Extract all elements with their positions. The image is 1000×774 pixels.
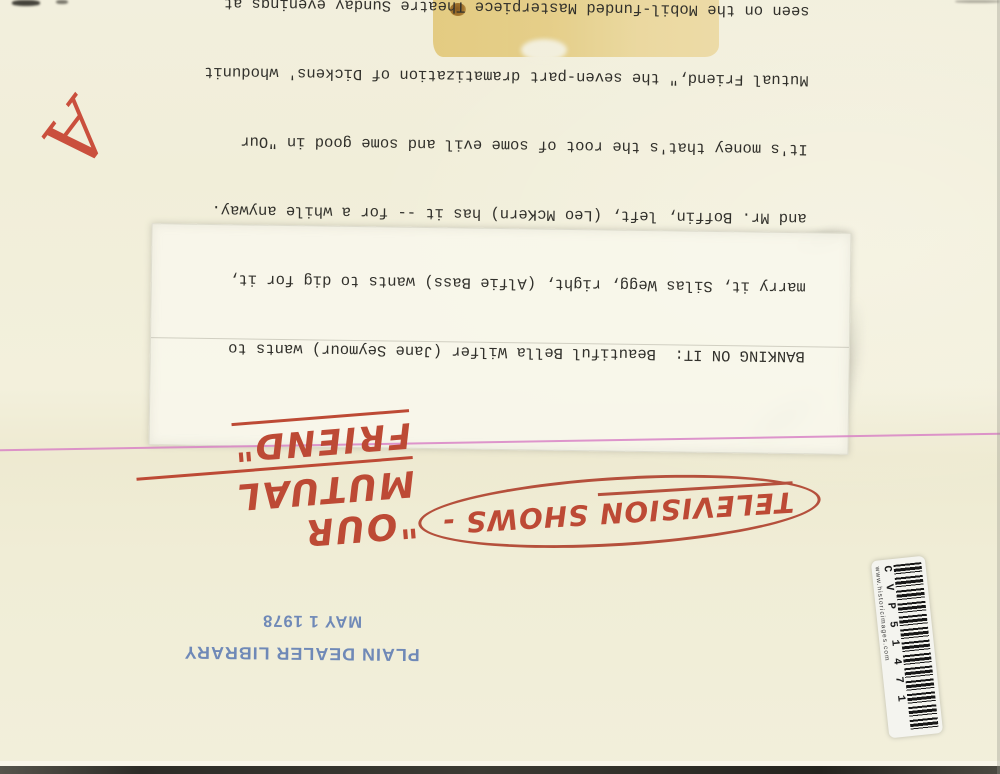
stamp-date: MAY 1 1978	[205, 610, 362, 631]
stamp-library-name: PLAIN DEALER LIBRARY	[200, 642, 420, 665]
caption-line: seen on the Mobil-funded Masterpiece The…	[206, 0, 810, 22]
caption-line: BANKING ON IT: Beautiful Bella Wilfer (J…	[201, 336, 805, 367]
scan-bottom-edge	[0, 766, 1000, 774]
edge-smudge	[12, 0, 40, 6]
caption-line: marry it, Silas Wegg, right, (Alfie Bass…	[202, 267, 806, 298]
shows-word: SHOWS -	[441, 497, 600, 540]
caption-line: Mutual Friend," the seven-part dramatiza…	[205, 60, 809, 91]
underlined-word: TELEVISION	[598, 481, 795, 530]
library-date-stamp: PLAIN DEALER LIBRARY MAY 1 1978	[205, 589, 421, 665]
caption-text: BANKING ON IT: Beautiful Bella Wilfer (J…	[200, 0, 811, 413]
red-oval-circle: TELEVISION SHOWS -	[417, 465, 823, 558]
press-photo-back: A BANKING ON IT: Beautiful Bella Wilfer …	[0, 0, 1000, 774]
edge-smudge	[955, 0, 1000, 3]
red-grease-pencil-note: TELEVISION SHOWS - "OUR MUTUAL FRIEND"	[136, 413, 823, 571]
our-mutual-friend-text: "OUR MUTUAL FRIEND"	[133, 409, 420, 565]
edge-smudge	[56, 0, 68, 4]
caption-line: It's money that's the root of some evil …	[204, 129, 808, 160]
television-shows-text: TELEVISION SHOWS -	[441, 481, 795, 539]
barcode-sticker: CVP51471 www.historicimages.com	[871, 556, 943, 739]
handwritten-letter-a: A	[6, 64, 146, 204]
caption-line: and Mr. Boffin, left, (Leo McKern) has i…	[203, 198, 807, 229]
